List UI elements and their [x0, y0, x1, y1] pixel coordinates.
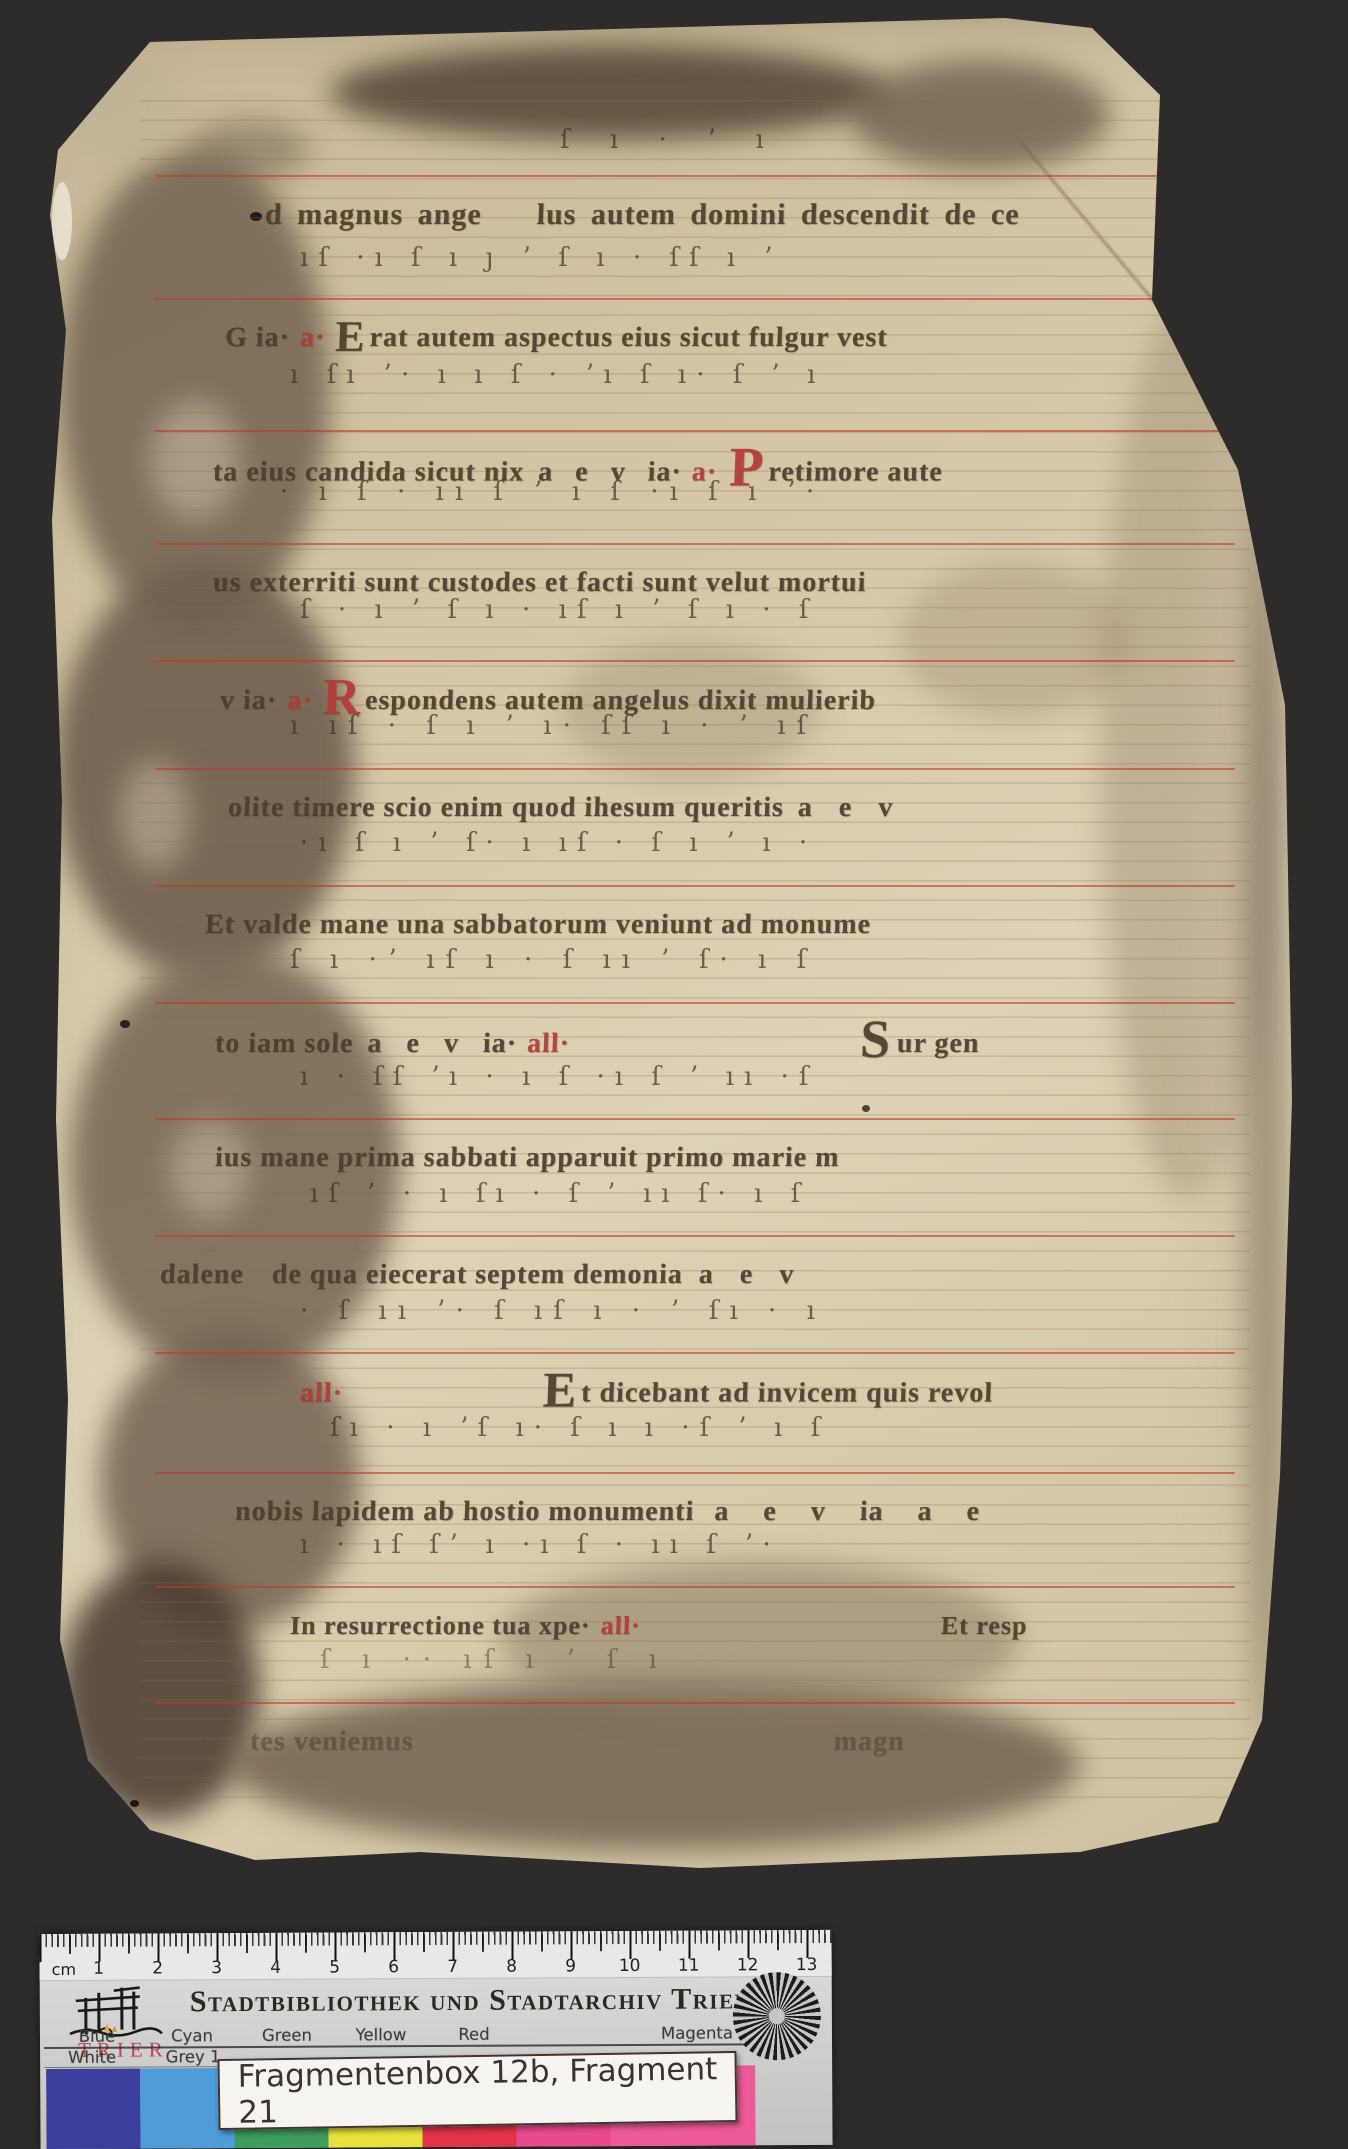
red-staff-line: [155, 885, 1235, 887]
stain: [60, 150, 330, 630]
chant-text: nobis lapidem ab hostio monumenti: [234, 1496, 694, 1528]
red-staff-line: [155, 768, 1235, 770]
chant-text: a e v ia·: [538, 457, 683, 489]
color-label: White: [68, 2048, 116, 2067]
color-label: Cyan: [171, 2026, 213, 2045]
manuscript-text-line: us exterriti sunt custodes et facti sunt…: [212, 567, 866, 599]
parchment-hole: [862, 1105, 870, 1112]
parchment-hole: [130, 1800, 139, 1807]
red-staff-line: [155, 298, 1235, 300]
manuscript-text-line: ius mane prima sabbati apparuit primo ma…: [214, 1142, 840, 1174]
neume-row: ıſ ·ı ſ ı ȷ ʼ ſ ı · ſſ ı ʼ: [300, 243, 782, 273]
red-staff-line: [155, 430, 1235, 432]
neume-row: ı ıſ · ſ ı ʼ ı· ſſ ı · ʼ ıſ: [290, 711, 817, 741]
red-staff-line: [155, 1586, 1235, 1588]
rubric-text: all·: [600, 1611, 641, 1641]
neume-row: ſı · ı ʼſ ı· ſ ı ı ·ſ ʼ ı ſ: [330, 1413, 830, 1443]
color-patch: [46, 2069, 140, 2147]
rubric-text: all·: [299, 1378, 343, 1410]
manuscript-text-line: Et valde mane una sabbatorum veniunt ad …: [204, 909, 871, 941]
manuscript-text-line: In resurrectione tua xpe·all·Et resp: [289, 1611, 1028, 1641]
chant-text: Et resp: [940, 1611, 1028, 1641]
chant-text: a e v: [797, 792, 894, 824]
chant-text: S: [860, 1029, 892, 1051]
stain: [150, 400, 240, 520]
manuscript-text-line: ta eius candida sicut nixa e v ia·a·Pret…: [212, 452, 943, 489]
archival-photo: ſ ı · ʼ ııſ ·ı ſ ı ȷ ʼ ſ ı · ſſ ı ʼı ſı …: [0, 0, 1348, 2147]
red-staff-line: [155, 1472, 1235, 1474]
stain: [60, 60, 180, 160]
chant-text: dalene: [159, 1259, 244, 1291]
stain: [120, 760, 190, 870]
rubric-text: a·: [299, 322, 325, 354]
chant-text: d magnus ange: [264, 198, 482, 232]
cm-ticks: [39, 1930, 831, 1962]
chant-text: v ia·: [219, 685, 277, 717]
stain: [1100, 300, 1280, 1200]
red-staff-line: [155, 660, 1235, 662]
rubric-text: P: [729, 457, 765, 479]
chant-text: t dicebant ad invicem quis revol: [581, 1378, 994, 1410]
cm-number: 8: [506, 1957, 517, 1977]
chant-text: de qua eiecerat septem demonia: [271, 1259, 683, 1291]
manuscript-text-line: d magnus angelus autem domini descendit …: [264, 198, 1020, 232]
chant-text: a e v ia a e: [714, 1496, 981, 1528]
scale-unit-label: cm: [52, 1960, 76, 1979]
neume-row: ıſ ʼ · ı ſı · ſ ʼ ıı ſ· ı ſ: [310, 1179, 810, 1209]
parchment-hole: [52, 182, 72, 260]
red-staff-line: [155, 1702, 1235, 1704]
red-staff-line: [155, 1002, 1235, 1004]
chant-text: E: [335, 328, 366, 346]
manuscript-text-line: v ia·a·Respondens autem angelus dixit mu…: [219, 683, 876, 717]
neume-row: · ſ ıı ʼ· ſ ıſ ı · ʼ ſı · ı: [300, 1296, 826, 1326]
neume-row: ı · ıſ ſʼ ı ·ı ſ · ıı ſ ʼ·: [300, 1530, 781, 1560]
neume-row: · ı ſ · ıı ſ ʼ ı ſ ·ı ſ ı ʼ·: [280, 477, 825, 507]
color-label: Red: [458, 2025, 489, 2044]
cm-scale: cm 12345678910111213: [39, 1930, 831, 1981]
chant-text: Et valde mane una sabbatorum veniunt ad …: [204, 909, 871, 941]
cm-number: 1: [93, 1959, 104, 1979]
rubric-text: all·: [526, 1028, 570, 1060]
stain: [170, 1120, 250, 1220]
manuscript-text-line: tes veniemusmagn: [249, 1726, 905, 1758]
red-staff-line: [155, 1235, 1235, 1237]
chant-text: olite timere scio enim quod ihesum queri…: [227, 792, 784, 824]
chant-text: lus autem domini descendit de ce: [536, 198, 1020, 232]
rubric-text: a·: [287, 685, 313, 717]
fragment-id-text: Fragmentenbox 12b, Fragment 21: [219, 2050, 735, 2130]
fold-crease: [1019, 141, 1253, 419]
chant-text: espondens autem angelus dixit mulierib: [364, 685, 876, 717]
chant-text: E: [543, 1380, 578, 1400]
neume-row: ſ ı · ʼ ı: [560, 125, 780, 155]
siemens-star-icon: [733, 1972, 821, 2060]
stain: [850, 60, 1110, 170]
cm-number: 2: [152, 1958, 163, 1978]
color-label: Magenta: [661, 2023, 733, 2042]
chant-text: retimore aute: [768, 457, 944, 489]
color-label: Yellow: [356, 2025, 407, 2044]
stain: [70, 950, 400, 1380]
manuscript-text-line: olite timere scio enim quod ihesum queri…: [227, 792, 893, 824]
neume-row: ı ſı ʼ· ı ı ſ · ʼı ſ ı· ſ ʼ ı: [290, 360, 825, 390]
color-label: Blue: [79, 2027, 116, 2046]
chant-text: In resurrectione tua xpe·: [289, 1611, 591, 1641]
institution-title: Stadtbibliothek und Stadtarchiv Trier: [190, 1982, 752, 2019]
red-staff-line: [155, 1118, 1235, 1120]
neume-row: ſ ı ·ʼ ıſ ı · ſ ıı ʼ ſ· ı ſ: [290, 945, 817, 975]
stain: [1245, 500, 1285, 1750]
manuscript-text-line: all·Et dicebant ad invicem quis revol: [299, 1375, 993, 1410]
chant-text: ur gen: [896, 1028, 980, 1060]
red-staff-line: [155, 1352, 1235, 1354]
red-staff-line: [155, 543, 1235, 545]
chant-text: a e v ia·: [367, 1028, 518, 1060]
parchment-hole: [250, 212, 262, 221]
neume-row: ſ ı ·· ıſ ı ʼ ſ ı: [320, 1645, 669, 1675]
chant-text: a e v: [698, 1259, 795, 1291]
stain: [500, 1560, 1020, 1720]
chant-text: ius mane prima sabbati apparuit primo ma…: [214, 1142, 840, 1174]
color-label: Grey 1: [166, 2047, 221, 2066]
chant-text: us exterriti sunt custodes et facti sunt…: [212, 567, 866, 599]
chant-text: magn: [833, 1726, 905, 1758]
red-staff-line: [155, 175, 1235, 177]
color-label: Green: [262, 2026, 312, 2045]
neume-row: ·ı ſ ı ʼ ſ· ı ıſ · ſ ı ʼ ı ·: [300, 828, 817, 858]
cm-number: 9: [565, 1956, 576, 1976]
stain: [100, 1330, 360, 1630]
stain: [1190, 400, 1260, 1700]
cm-number: 5: [329, 1958, 340, 1978]
stain: [190, 120, 310, 180]
stain: [55, 560, 355, 980]
stain: [330, 45, 890, 140]
manuscript-text-line: dalenede qua eiecerat septem demoniaa e …: [159, 1259, 794, 1291]
manuscript-text-line: to iam solea e v ia·all·Sur gen: [214, 1024, 980, 1060]
chant-text: G ia·: [224, 322, 290, 354]
cm-number: 10: [619, 1956, 641, 1976]
cm-number: 11: [678, 1956, 700, 1976]
cm-number: 12: [737, 1955, 759, 1975]
rubric-text: R: [322, 688, 361, 709]
stain: [60, 1560, 260, 1820]
chant-text: to iam sole: [214, 1028, 354, 1060]
cm-number: 7: [447, 1957, 458, 1977]
stain: [230, 1680, 1080, 1850]
staff-ruling: [140, 100, 1250, 1815]
neume-row: ı · ſſ ʼı · ı ſ ·ı ſ ʼ ıı ·ſ: [300, 1062, 819, 1092]
neume-row: ſ · ı ʼ ſ ı · ıſ ı ʼ ſ ı · ſ: [300, 595, 818, 625]
cm-number: 4: [270, 1958, 281, 1978]
cm-number: 6: [388, 1957, 399, 1977]
cm-number: 3: [211, 1958, 222, 1978]
parchment-fragment: ſ ı · ʼ ııſ ·ı ſ ı ȷ ʼ ſ ı · ſſ ı ʼı ſı …: [0, 0, 1348, 2147]
stain: [560, 640, 820, 780]
manuscript-text-line: nobis lapidem ab hostio monumentia e v i…: [234, 1496, 980, 1528]
rubric-text: a·: [691, 457, 717, 489]
chant-text: rat autem aspectus eius sicut fulgur ves…: [369, 322, 888, 354]
stain: [900, 560, 1130, 720]
parchment-hole: [95, 1782, 108, 1791]
chant-text: tes veniemus: [249, 1726, 414, 1758]
cm-number: 13: [796, 1955, 818, 1975]
fragment-id-label: Fragmentenbox 12b, Fragment 21: [217, 2051, 737, 2130]
manuscript-text-line: G ia·a·Erat autem aspectus eius sicut fu…: [224, 322, 888, 354]
parchment-hole: [120, 1020, 130, 1028]
chant-text: ta eius candida sicut nix: [212, 457, 524, 489]
